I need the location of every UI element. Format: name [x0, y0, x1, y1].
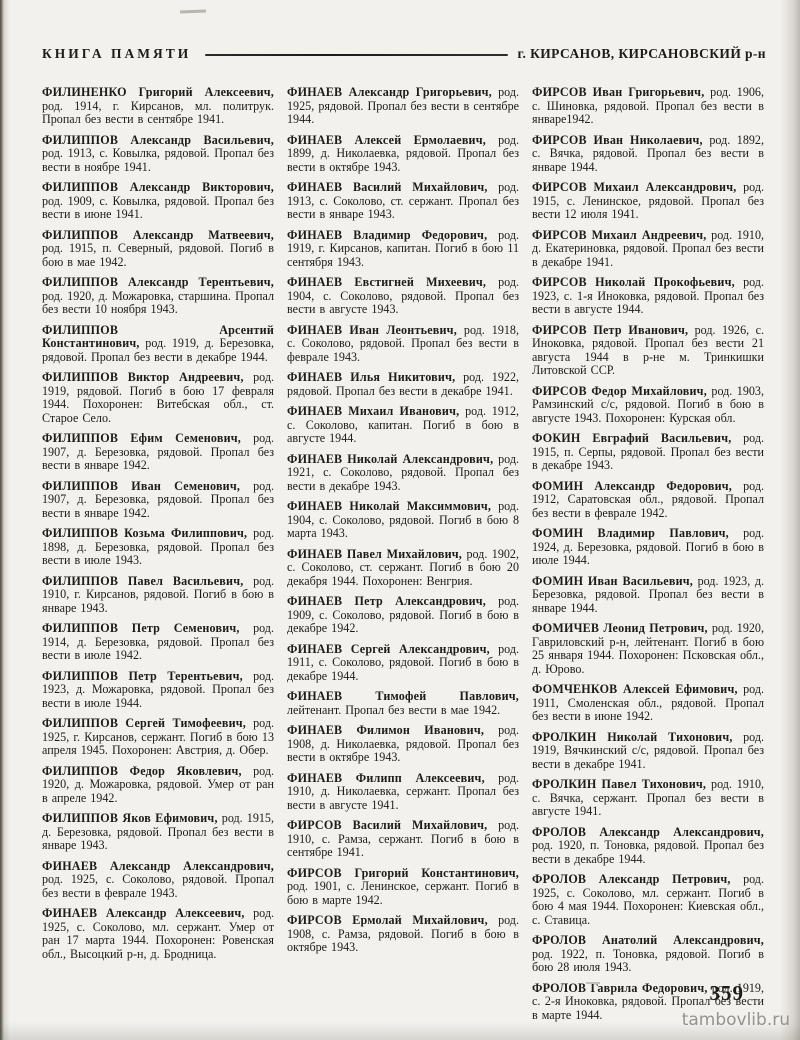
entry-person-name: ФИЛИППОВ Яков Ефимович, — [42, 811, 218, 825]
entry-person-name: ФИЛИППОВ Ефим Семенович, — [42, 431, 241, 445]
memorial-entry: ФИРСОВ Иван Григорьевич, род. 1906, с. Ш… — [532, 86, 764, 127]
memorial-entry: ФИНАЕВ Николай Максиммович, род. 1904, с… — [287, 500, 519, 541]
entry-details: род. 1925, с. Соколово, рядовой. Пропал … — [42, 872, 274, 900]
entry-person-name: ФИРСОВ Григорий Константинович, — [287, 866, 519, 880]
memorial-entry: ФИНАЕВ Александр Григорьевич, род. 1925,… — [287, 86, 519, 127]
memorial-entry: ФИНАЕВ Филипп Алексеевич, род. 1910, д. … — [287, 772, 519, 813]
entry-person-name: ФИЛИППОВ Александр Викторович, — [42, 180, 274, 194]
memorial-entry: ФИНАЕВ Алексей Ермолаевич, род. 1899, д.… — [287, 134, 519, 175]
entry-person-name: ФИНАЕВ Петр Александрович, — [287, 594, 486, 608]
memorial-entry: ФИНАЕВ Тимофей Павлович, лейтенант. Проп… — [287, 690, 519, 717]
column-3: ФИРСОВ Иван Григорьевич, род. 1906, с. Ш… — [532, 86, 764, 1029]
entry-person-name: ФРОЛОВ Александр Петрович, — [532, 872, 731, 886]
memorial-entry: ФИРСОВ Иван Николаевич, род. 1892, с. Вя… — [532, 134, 764, 175]
memorial-entry: ФИЛИППОВ Иван Семенович, род. 1907, д. Б… — [42, 480, 274, 521]
memorial-entry: ФИНАЕВ Владимир Федорович, род. 1919, г.… — [287, 229, 519, 270]
memorial-entry: ФИРСОВ Михаил Андреевич, род. 1910, д. Е… — [532, 229, 764, 270]
memorial-entry: ФИНАЕВ Иван Леонтьевич, род. 1918, с. Со… — [287, 324, 519, 365]
entry-person-name: ФОМИН Иван Васильевич, — [532, 574, 693, 588]
memorial-entry: ФИЛИППОВ Александр Викторович, род. 1909… — [42, 181, 274, 222]
entry-person-name: ФРОЛКИН Павел Тихонович, — [532, 777, 706, 791]
entry-person-name: ФИНАЕВ Алексей Ермолаевич, — [287, 133, 486, 147]
entry-person-name: ФИНАЕВ Николай Александрович, — [287, 452, 493, 466]
memorial-entry: ФОМЧЕНКОВ Алексей Ефимович, род. 1911, С… — [532, 683, 764, 724]
entry-person-name: ФИРСОВ Василий Михайлович, — [287, 818, 487, 832]
entry-person-name: ФИЛИППОВ Александр Терентьевич, — [42, 275, 274, 289]
memorial-entry: ФРОЛКИН Павел Тихонович, род. 1910, с. В… — [532, 778, 764, 819]
entry-person-name: ФИЛИППОВ Федор Яковлевич, — [42, 764, 242, 778]
memorial-entry: ФИЛИППОВ Козьма Филиппович, род. 1898, д… — [42, 527, 274, 568]
entry-details: род. 1909, с. Ковылка, рядовой. Пропал б… — [42, 194, 274, 222]
entry-columns: ФИЛИНЕНКО Григорий Алексеевич, род. 1914… — [42, 86, 764, 1029]
entry-details: род. 1920, д. Можаровка, старшина. Пропа… — [42, 289, 274, 317]
entry-person-name: ФИЛИППОВ Сергей Тимофеевич, — [42, 716, 246, 730]
memorial-entry: ФИЛИППОВ Павел Васильевич, род. 1910, г.… — [42, 575, 274, 616]
column-2: ФИНАЕВ Александр Григорьевич, род. 1925,… — [287, 86, 519, 1029]
entry-person-name: ФИЛИППОВ Петр Семенович, — [42, 621, 240, 635]
memorial-entry: ФИЛИППОВ Ефим Семенович, род. 1907, д. Б… — [42, 432, 274, 473]
entry-person-name: ФИРСОВ Федор Михайлович, — [532, 384, 707, 398]
memorial-entry: ФИРСОВ Григорий Константинович, род. 190… — [287, 867, 519, 908]
memorial-entry: ФИНАЕВ Николай Александрович, род. 1921,… — [287, 453, 519, 494]
entry-person-name: ФРОЛОВ Александр Александрович, — [532, 825, 764, 839]
header-rule — [205, 54, 507, 56]
memorial-entry: ФИЛИППОВ Арсентий Константинович, род. 1… — [42, 324, 274, 365]
entry-person-name: ФИНАЕВ Николай Максиммович, — [287, 499, 491, 513]
entry-person-name: ФИНАЕВ Филимон Иванович, — [287, 723, 484, 737]
entry-person-name: ФИЛИППОВ Александр Васильевич, — [42, 133, 274, 147]
entry-person-name: ФИЛИППОВ Иван Семенович, — [42, 479, 240, 493]
page-header: КНИГА ПАМЯТИ г. КИРСАНОВ, КИРСАНОВСКИЙ р… — [42, 46, 766, 62]
entry-person-name: ФОМИН Александр Федорович, — [532, 479, 732, 493]
memorial-entry: ФИЛИППОВ Александр Васильевич, род. 1913… — [42, 134, 274, 175]
entry-person-name: ФИНАЕВ Сергей Александрович, — [287, 642, 490, 656]
entry-details: род. 1920, п. Тоновка, рядовой. Пропал б… — [532, 838, 764, 866]
memorial-entry: ФИНАЕВ Илья Никитович, род. 1922, рядово… — [287, 371, 519, 398]
memorial-entry: ФИЛИППОВ Яков Ефимович, род. 1915, д. Бе… — [42, 812, 274, 853]
memorial-entry: ФИЛИППОВ Александр Терентьевич, род. 192… — [42, 276, 274, 317]
entry-person-name: ФИЛИППОВ Павел Васильевич, — [42, 574, 243, 588]
memorial-entry: ФИНАЕВ Евстигней Михеевич, род. 1904, с.… — [287, 276, 519, 317]
entry-details: род. 1901, с. Ленинское, сержант. Погиб … — [287, 879, 519, 907]
memorial-entry: ФИНАЕВ Александр Алексеевич, род. 1925, … — [42, 907, 274, 961]
entry-details: род. 1922, п. Тоновка, рядовой. Погиб в … — [532, 947, 764, 975]
entry-person-name: ФИНАЕВ Александр Григорьевич, — [287, 85, 492, 99]
book-title: КНИГА ПАМЯТИ — [42, 46, 191, 62]
entry-person-name: ФОКИН Евграфий Васильевич, — [532, 431, 731, 445]
entry-person-name: ФИРСОВ Иван Николаевич, — [532, 133, 703, 147]
memorial-entry: ФИНАЕВ Сергей Александрович, род. 1911, … — [287, 643, 519, 684]
entry-person-name: ФРОЛКИН Николай Тихонович, — [532, 730, 733, 744]
entry-person-name: ФИНАЕВ Александр Алексеевич, — [42, 906, 245, 920]
memorial-entry: ФИРСОВ Петр Иванович, род. 1926, с. Инок… — [532, 324, 764, 378]
entry-person-name: ФИРСОВ Михаил Андреевич, — [532, 228, 706, 242]
memorial-entry: ФИРСОВ Ермолай Михайлович, род. 1908, с.… — [287, 914, 519, 955]
memorial-entry: ФИРСОВ Николай Прокофьевич, род. 1923, с… — [532, 276, 764, 317]
memorial-entry: ФИЛИППОВ Федор Яковлевич, род. 1920, д. … — [42, 765, 274, 806]
memorial-entry: ФИНАЕВ Петр Александрович, род. 1909, с.… — [287, 595, 519, 636]
memorial-entry: ФОМИН Владимир Павлович, род. 1924, д. Б… — [532, 527, 764, 568]
column-1: ФИЛИНЕНКО Григорий Алексеевич, род. 1914… — [42, 86, 274, 1029]
memorial-entry: ФРОЛКИН Николай Тихонович, род. 1919, Вя… — [532, 731, 764, 772]
scan-artifact — [586, 982, 600, 984]
entry-person-name: ФИЛИППОВ Петр Терентьевич, — [42, 669, 243, 683]
entry-person-name: ФОМИН Владимир Павлович, — [532, 526, 729, 540]
entry-person-name: ФИНАЕВ Иван Леонтьевич, — [287, 323, 457, 337]
entry-person-name: ФОМИЧЕВ Леонид Петрович, — [532, 621, 708, 635]
memorial-entry: ФРОЛОВ Анатолий Александрович, род. 1922… — [532, 934, 764, 975]
memorial-entry: ФОМИН Александр Федорович, род. 1912, Са… — [532, 480, 764, 521]
entry-details: род. 1913, с. Ковылка, рядовой. Пропал б… — [42, 146, 274, 174]
entry-person-name: ФИРСОВ Ермолай Михайлович, — [287, 913, 488, 927]
memorial-entry: ФИНАЕВ Василий Михайлович, род. 1913, с.… — [287, 181, 519, 222]
entry-person-name: ФИЛИППОВ Александр Матвеевич, — [42, 228, 274, 242]
entry-details: лейтенант. Пропал без вести в мае 1942. — [287, 703, 500, 717]
entry-person-name: ФОМЧЕНКОВ Алексей Ефимович, — [532, 682, 738, 696]
memorial-entry: ФРОЛОВ Александр Александрович, род. 192… — [532, 826, 764, 867]
memorial-entry: ФИНАЕВ Филимон Иванович, род. 1908, д. Н… — [287, 724, 519, 765]
memorial-entry: ФИЛИППОВ Петр Семенович, род. 1914, д. Б… — [42, 622, 274, 663]
entry-person-name: ФИНАЕВ Евстигней Михеевич, — [287, 275, 486, 289]
entry-person-name: ФИНАЕВ Филипп Алексеевич, — [287, 771, 485, 785]
scan-artifact — [180, 10, 206, 14]
entry-person-name: ФРОЛОВ Гаврила Федорович, — [532, 981, 708, 995]
entry-person-name: ФИНАЕВ Александр Александрович, — [42, 859, 274, 873]
scanned-book-page: КНИГА ПАМЯТИ г. КИРСАНОВ, КИРСАНОВСКИЙ р… — [0, 0, 800, 1040]
page-number: 359 — [710, 981, 745, 1006]
library-watermark: tambovlib.ru — [682, 1010, 790, 1030]
memorial-entry: ФИНАЕВ Александр Александрович, род. 192… — [42, 860, 274, 901]
memorial-entry: ФИЛИППОВ Петр Терентьевич, род. 1923, д.… — [42, 670, 274, 711]
memorial-entry: ФОМИН Иван Васильевич, род. 1923, д. Бер… — [532, 575, 764, 616]
memorial-entry: ФИНАЕВ Михаил Иванович, род. 1912, с. Со… — [287, 405, 519, 446]
entry-details: род. 1915, п. Северный, рядовой. Погиб в… — [42, 241, 274, 269]
entry-person-name: ФИНАЕВ Тимофей Павлович, — [287, 689, 519, 703]
entry-person-name: ФИНАЕВ Павел Михайлович, — [287, 547, 462, 561]
entry-person-name: ФИЛИППОВ Виктор Андреевич, — [42, 370, 244, 384]
memorial-entry: ФИРСОВ Михаил Александрович, род. 1915, … — [532, 181, 764, 222]
memorial-entry: ФОКИН Евграфий Васильевич, род. 1915, п.… — [532, 432, 764, 473]
memorial-entry: ФИЛИНЕНКО Григорий Алексеевич, род. 1914… — [42, 86, 274, 127]
entry-person-name: ФИРСОВ Петр Иванович, — [532, 323, 688, 337]
memorial-entry: ФИЛИППОВ Сергей Тимофеевич, род. 1925, г… — [42, 717, 274, 758]
memorial-entry: ФРОЛОВ Александр Петрович, род. 1925, с.… — [532, 873, 764, 927]
entry-details: род. 1914, г. Кирсанов, мл. политрук. Пр… — [42, 99, 274, 127]
memorial-entry: ФИНАЕВ Павел Михайлович, род. 1902, с. С… — [287, 548, 519, 589]
memorial-entry: ФИЛИППОВ Александр Матвеевич, род. 1915,… — [42, 229, 274, 270]
entry-person-name: ФИЛИНЕНКО Григорий Алексеевич, — [42, 85, 274, 99]
entry-person-name: ФИНАЕВ Владимир Федорович, — [287, 228, 487, 242]
entry-person-name: ФИРСОВ Николай Прокофьевич, — [532, 275, 735, 289]
entry-person-name: ФИНАЕВ Михаил Иванович, — [287, 404, 459, 418]
memorial-entry: ФИРСОВ Василий Михайлович, род. 1910, с.… — [287, 819, 519, 860]
memorial-entry: ФОМИЧЕВ Леонид Петрович, род. 1920, Гавр… — [532, 622, 764, 676]
entry-person-name: ФИРСОВ Иван Григорьевич, — [532, 85, 704, 99]
entry-person-name: ФРОЛОВ Анатолий Александрович, — [532, 933, 764, 947]
entry-person-name: ФИЛИППОВ Козьма Филиппович, — [42, 526, 247, 540]
memorial-entry: ФИЛИППОВ Виктор Андреевич, род. 1919, ря… — [42, 371, 274, 425]
entry-person-name: ФИНАЕВ Илья Никитович, — [287, 370, 455, 384]
memorial-entry: ФИРСОВ Федор Михайлович, род. 1903, Рамз… — [532, 385, 764, 426]
district-title: г. КИРСАНОВ, КИРСАНОВСКИЙ р-н — [518, 46, 766, 62]
entry-person-name: ФИНАЕВ Василий Михайлович, — [287, 180, 488, 194]
entry-person-name: ФИРСОВ Михаил Александрович, — [532, 180, 736, 194]
